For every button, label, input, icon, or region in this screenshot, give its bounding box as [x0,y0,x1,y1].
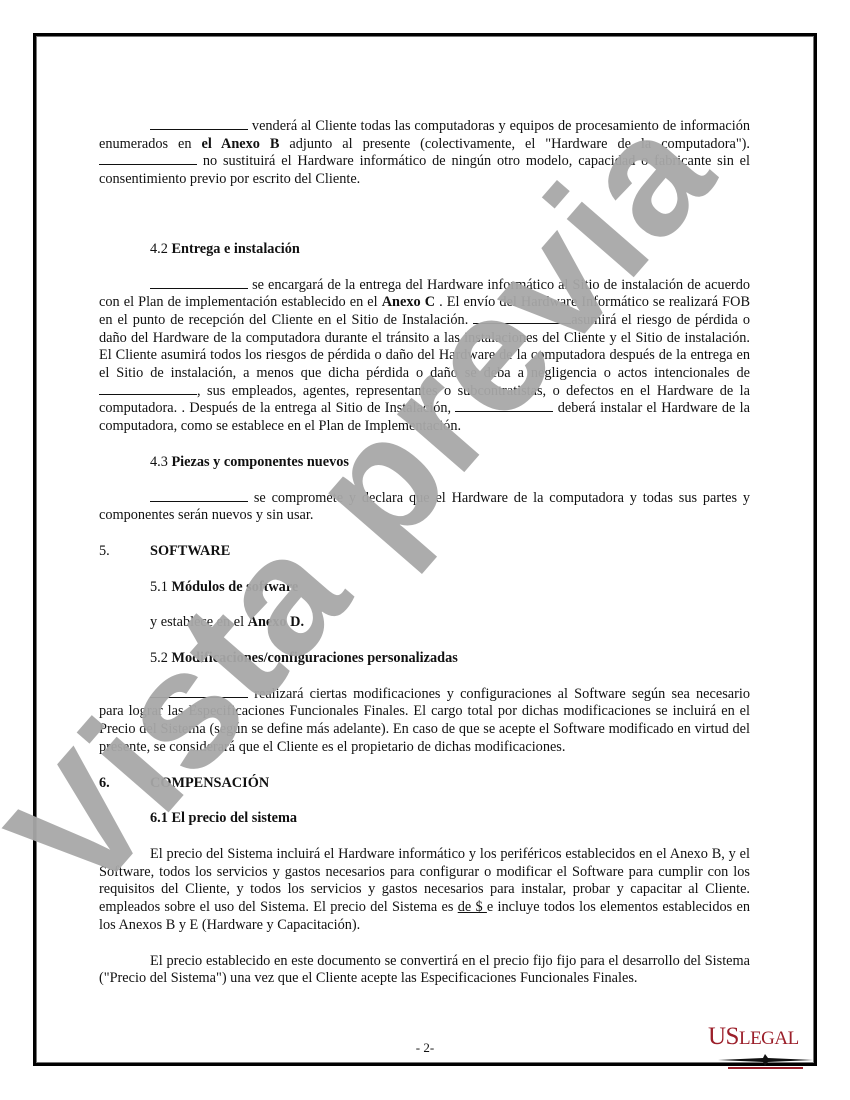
paragraph-fixed-price: El precio establecido en este documento … [99,953,750,988]
heading-5: 5.SOFTWARE [99,543,750,561]
blank-field [99,153,197,165]
paragraph-software-modules: y establece en el Anexo D. [99,614,750,632]
logo-wordmark: USLEGAL [708,1024,823,1052]
blank-field [150,686,248,698]
blank-field [150,490,248,502]
blank-field [150,118,248,130]
paragraph-system-price: El precio del Sistema incluirá el Hardwa… [99,846,750,935]
heading-6: 6.COMPENSACIÓN [99,775,750,793]
heading-4-3: 4.3 Piezas y componentes nuevos [99,454,750,472]
price-blank: de $ [458,899,487,915]
eagle-icon [708,1052,823,1072]
document-body: venderá al Cliente todas las computadora… [99,118,750,988]
blank-field [473,312,571,324]
heading-6-1: 6.1 El precio del sistema [99,810,750,828]
paragraph-delivery: se encargará de la entrega del Hardware … [99,277,750,436]
heading-4-2: 4.2 Entrega e instalación [99,241,750,259]
heading-5-2: 5.2 Modificaciones/configuraciones perso… [99,650,750,668]
uslegal-logo: USLEGAL [708,1024,823,1070]
blank-field [150,277,248,289]
paragraph-customizations: realizará ciertas modificaciones y confi… [99,686,750,757]
heading-5-1: 5.1 Módulos de software [99,579,750,597]
paragraph-new-parts: se compromete y declara que el Hardware … [99,490,750,525]
blank-field [99,383,197,395]
paragraph-hardware-sale: venderá al Cliente todas las computadora… [99,118,750,189]
blank-field [455,400,553,412]
